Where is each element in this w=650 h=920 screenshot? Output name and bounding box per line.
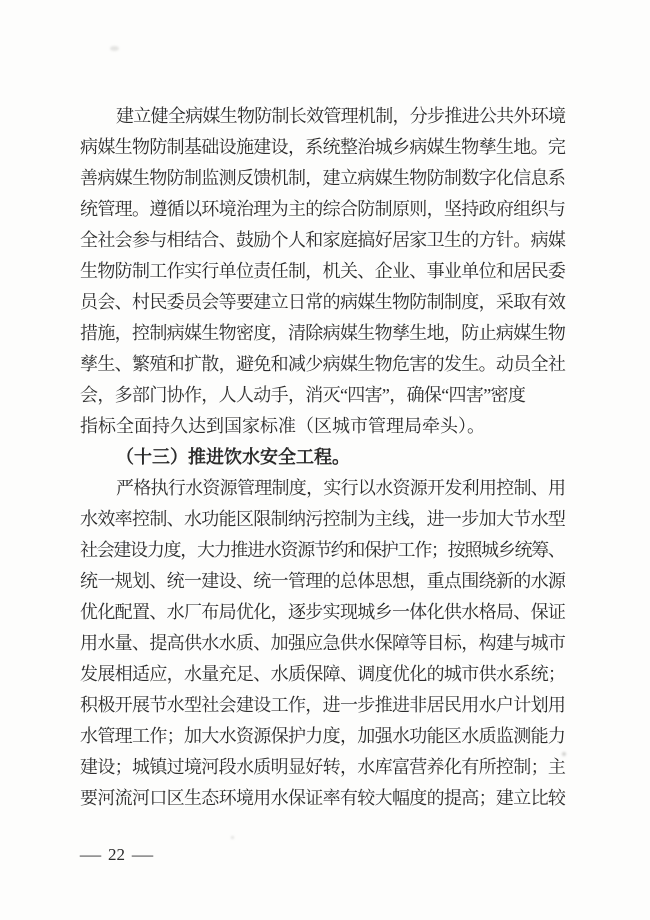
text-line: 全社会参与相结合、鼓励个人和家庭搞好居家卫生的方针。病媒 <box>80 225 566 256</box>
text-line: 统管理。遵循以环境治理为主的综合防制原则，坚持政府组织与 <box>80 194 566 225</box>
text-line: 统一规划、统一建设、统一管理的总体思想，重点围绕新的水源 <box>80 566 566 597</box>
document-page: 建立健全病媒生物防制长效管理机制，分步推进公共外环境病媒生物防制基础设施建设，系… <box>0 0 650 920</box>
footer-dash-right: — <box>132 844 153 866</box>
text-line: 善病媒生物防制监测反馈机制，建立病媒生物防制数字化信息系 <box>80 163 566 194</box>
text-line: 用水量、提高供水水质、加强应急供水保障等目标，构建与城市 <box>80 628 566 659</box>
text-line: 员会、村民委员会等要建立日常的病媒生物防制制度，采取有效 <box>80 287 566 318</box>
page-footer: — 22 — <box>82 844 151 866</box>
section-heading: （十三）推进饮水安全工程。 <box>80 442 566 473</box>
text-line: 建立健全病媒生物防制长效管理机制，分步推进公共外环境 <box>80 101 566 132</box>
text-line: 积极开展节水型社会建设工作，进一步推进非居民用水户计划用 <box>80 690 566 721</box>
page-number: 22 <box>108 844 125 866</box>
page-body: 建立健全病媒生物防制长效管理机制，分步推进公共外环境病媒生物防制基础设施建设，系… <box>80 101 566 814</box>
text-line: 严格执行水资源管理制度，实行以水资源开发利用控制、用 <box>80 473 566 504</box>
text-line: 水效率控制、水功能区限制纳污控制为主线，进一步加大节水型 <box>80 504 566 535</box>
text-line: 孳生、繁殖和扩散，避免和减少病媒生物危害的发生。动员全社 <box>80 349 566 380</box>
text-line: 生物防制工作实行单位责任制，机关、企业、事业单位和居民委 <box>80 256 566 287</box>
text-line: 建设；城镇过境河段水质明显好转，水库富营养化有所控制；主 <box>80 752 566 783</box>
text-line: 社会建设力度，大力推进水资源节约和保护工作；按照城乡统筹、 <box>80 535 566 566</box>
text-line: 优化配置、水厂布局优化，逐步实现城乡一体化供水格局、保证 <box>80 597 566 628</box>
text-line: 发展相适应，水量充足、水质保障、调度优化的城市供水系统； <box>80 659 566 690</box>
text-line: 病媒生物防制基础设施建设，系统整治城乡病媒生物孳生地。完 <box>80 132 566 163</box>
text-line: 措施，控制病媒生物密度，清除病媒生物孳生地，防止病媒生物 <box>80 318 566 349</box>
scan-artifact <box>231 836 234 839</box>
text-line: 指标全面持久达到国家标准（区城市管理局牵头）。 <box>80 411 566 442</box>
text-line: 会，多部门协作，人人动手，消灭“四害”，确保“四害”密度 <box>80 380 566 411</box>
scan-artifact <box>110 46 119 51</box>
text-line: 水管理工作；加大水资源保护力度，加强水功能区水质监测能力 <box>80 721 566 752</box>
text-line: 要河流河口区生态环境用水保证率有较大幅度的提高；建立比较 <box>80 783 566 814</box>
footer-dash-left: — <box>80 844 101 866</box>
